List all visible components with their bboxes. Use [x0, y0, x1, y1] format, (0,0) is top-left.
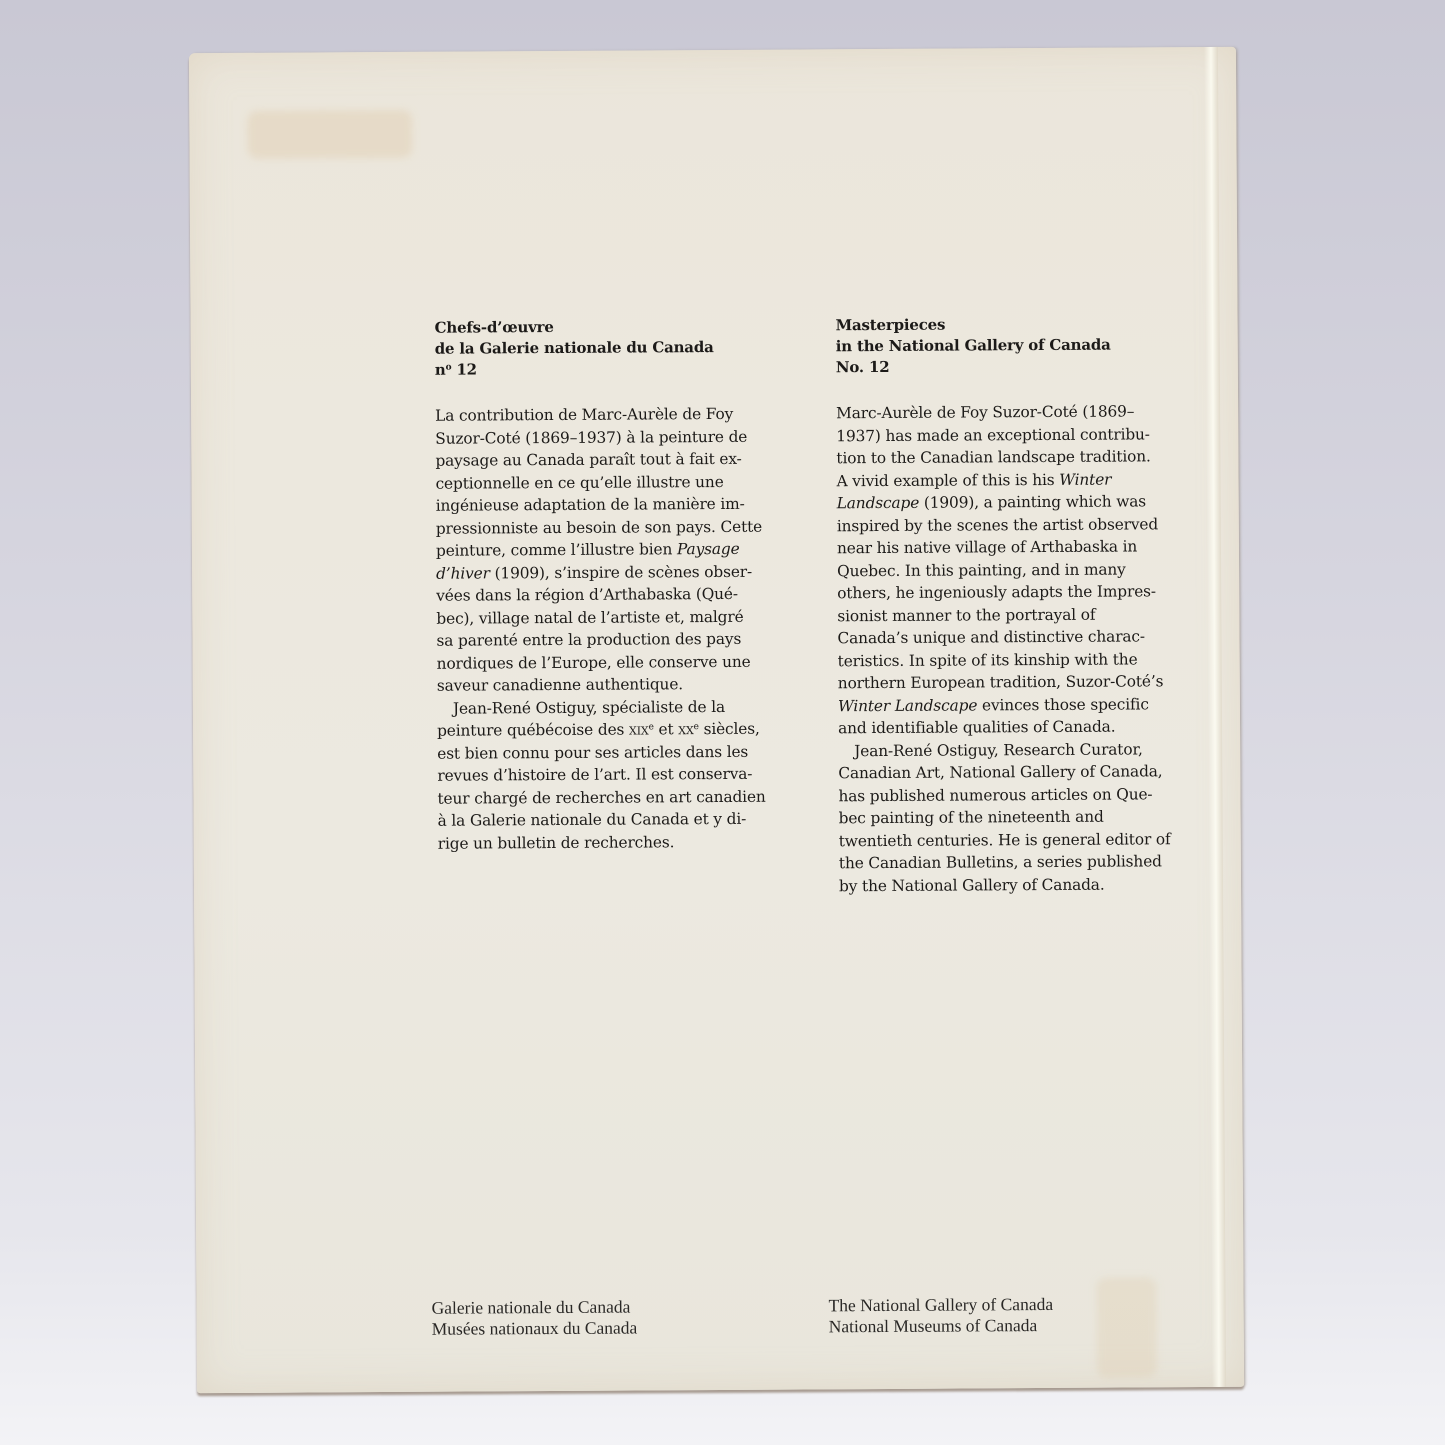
text-line: northern European tradition, Suzor-Coté’…	[838, 670, 1238, 695]
text-line: à la Galerie nationale du Canada et y di…	[438, 807, 838, 832]
publisher-line: Musées nationaux du Canada	[432, 1317, 638, 1339]
artwork-title: Paysage	[677, 540, 740, 558]
text-line: Quebec. In this painting, and in many	[837, 557, 1237, 582]
text-line: teristics. In spite of its kinship with …	[838, 647, 1238, 672]
text-line: paysage au Canada paraît tout à fait ex-	[435, 447, 835, 472]
french-heading-line: de la Galerie nationale du Canada	[435, 336, 835, 359]
text-line: peinture québécoise des xixe et xxe sièc…	[437, 717, 837, 742]
text-line: and identifiable qualities of Canada.	[838, 715, 1238, 740]
paper-stain	[1096, 1277, 1157, 1377]
text-line: by the National Gallery of Canada.	[839, 872, 1239, 897]
french-body: La contribution de Marc-Aurèle de Foy Su…	[435, 402, 838, 854]
text-span: peinture, comme l’illustre bien	[436, 540, 672, 559]
text-line: Marc-Aurèle de Foy Suzor-Coté (1869–	[836, 400, 1236, 425]
text-line: sa parenté entre la production des pays	[436, 627, 836, 652]
text-line: teur chargé de recherches en art canadie…	[437, 785, 837, 810]
text-line: Winter Landscape evinces those specific	[838, 692, 1238, 717]
english-body: Marc-Aurèle de Foy Suzor-Coté (1869– 193…	[836, 400, 1239, 897]
artwork-title: d’hiver	[436, 564, 490, 582]
text-line: others, he ingeniously adapts the Impres…	[837, 580, 1237, 605]
french-heading: Chefs-d’œuvre de la Galerie nationale du…	[435, 315, 835, 380]
text-line: pressionniste au besoin de son pays. Cet…	[436, 515, 836, 540]
text-line: bec), village natal de l’artiste et, mal…	[436, 605, 836, 630]
roman-numeral: xx	[678, 720, 693, 738]
text-line: Jean-René Ostiguy, spécialiste de la	[437, 695, 837, 720]
text-line: vées dans la région d’Arthabaska (Qué-	[436, 582, 836, 607]
text-line: A vivid example of this is his Winter	[836, 467, 1236, 492]
text-line: Jean-René Ostiguy, Research Curator,	[838, 737, 1238, 762]
publisher-line: National Museums of Canada	[829, 1315, 1054, 1337]
text-span: siècles,	[699, 720, 760, 738]
text-line: ceptionnelle en ce qu’elle illustre une	[435, 470, 835, 495]
publisher-line: Galerie nationale du Canada	[432, 1296, 638, 1318]
publisher-line: The National Gallery of Canada	[829, 1294, 1054, 1316]
text-line: d’hiver (1909), s’inspire de scènes obse…	[436, 560, 836, 585]
artwork-title: Winter Landscape	[838, 696, 977, 715]
text-line: near his native village of Arthabaska in	[837, 535, 1237, 560]
text-span: et	[654, 720, 679, 738]
english-heading: Masterpieces in the National Gallery of …	[836, 313, 1236, 378]
text-line: La contribution de Marc-Aurèle de Foy	[435, 402, 835, 427]
english-publisher-footer: The National Gallery of Canada National …	[829, 1294, 1054, 1337]
text-line: the Canadian Bulletins, a series publish…	[839, 850, 1239, 875]
text-line: Canada’s unique and distinctive charac-	[837, 625, 1237, 650]
artwork-title: Landscape	[837, 494, 920, 513]
text-line: saveur canadienne authentique.	[437, 672, 837, 697]
text-line: Suzor-Coté (1869–1937) à la peinture de	[435, 425, 835, 450]
text-line: has published numerous articles on Que-	[838, 782, 1238, 807]
text-line: revues d’histoire de l’art. Il est conse…	[437, 762, 837, 787]
text-line: Landscape (1909), a painting which was	[837, 490, 1237, 515]
french-column: Chefs-d’œuvre de la Galerie nationale du…	[435, 315, 838, 854]
text-line: rige un bulletin de recherches.	[438, 830, 838, 855]
text-line: ingénieuse adaptation de la manière im-	[436, 492, 836, 517]
text-line: sionist manner to the portrayal of	[837, 602, 1237, 627]
english-heading-line: in the National Gallery of Canada	[836, 334, 1236, 357]
french-heading-number: no 12	[435, 357, 835, 380]
text-line: nordiques de l’Europe, elle conserve une	[437, 650, 837, 675]
booklet-back-cover: Chefs-d’œuvre de la Galerie nationale du…	[189, 47, 1244, 1393]
french-publisher-footer: Galerie nationale du Canada Musées natio…	[432, 1296, 638, 1339]
text-line: twentieth centuries. He is general edito…	[839, 827, 1239, 852]
text-span: A vivid example of this is his	[836, 470, 1059, 489]
text-line: est bien connu pour ses articles dans le…	[437, 740, 837, 765]
text-line: Canadian Art, National Gallery of Canada…	[838, 760, 1238, 785]
artwork-title: Winter	[1059, 470, 1111, 488]
english-heading-line: Masterpieces	[836, 313, 1236, 336]
text-line: peinture, comme l’illustre bien Paysage	[436, 537, 836, 562]
text-line: inspired by the scenes the artist observ…	[837, 512, 1237, 537]
text-span: peinture québécoise des	[437, 721, 629, 740]
text-span: (1909), a painting which was	[919, 492, 1146, 511]
english-heading-number: No. 12	[836, 355, 1236, 378]
text-line: bec painting of the nineteenth and	[839, 805, 1239, 830]
text-span: (1909), s’inspire de scènes obser-	[490, 562, 752, 582]
roman-numeral: xix	[629, 720, 649, 738]
text-line: 1937) has made an exceptional contribu-	[836, 422, 1236, 447]
french-heading-line: Chefs-d’œuvre	[435, 315, 835, 338]
english-column: Masterpieces in the National Gallery of …	[836, 313, 1240, 897]
label-residue-stain	[247, 110, 412, 159]
text-span: evinces those specific	[977, 695, 1149, 714]
text-line: tion to the Canadian landscape tradition…	[836, 445, 1236, 470]
